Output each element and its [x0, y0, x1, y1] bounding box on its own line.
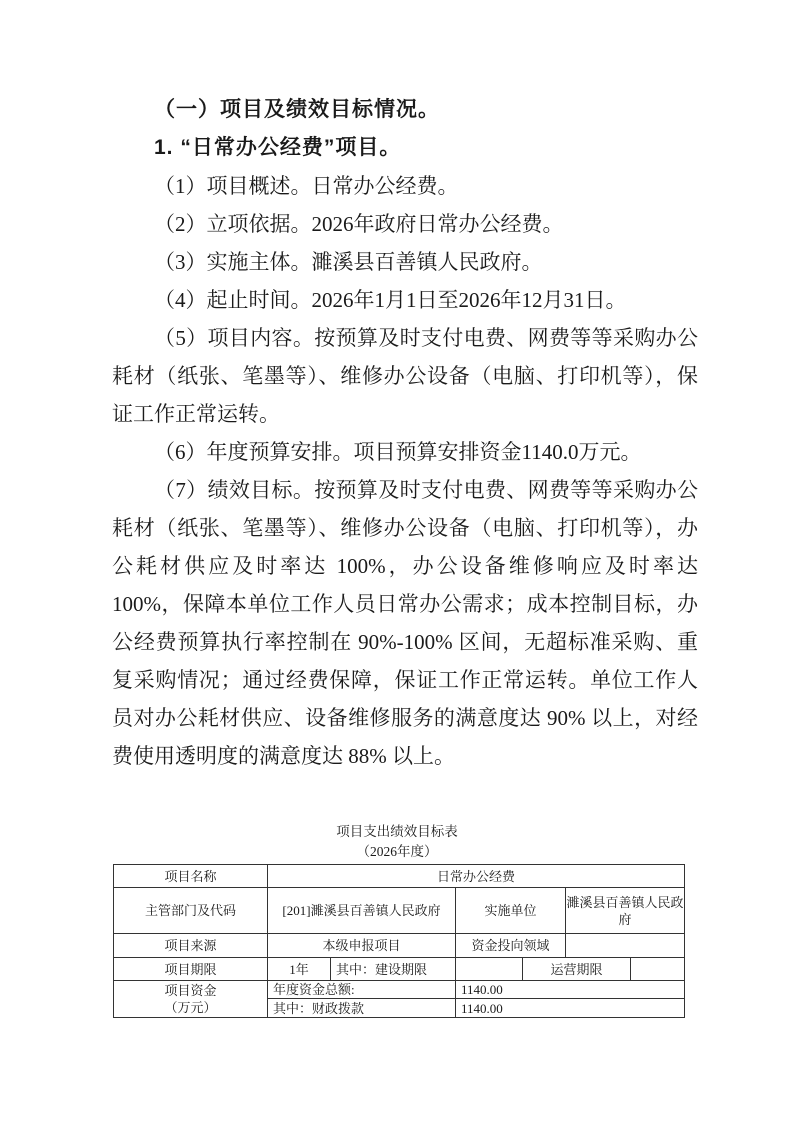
document-body: （一）项目及绩效目标情况。 1. “日常办公经费”项目。 （1）项目概述。日常办…	[112, 91, 698, 775]
funds-label-line2: （万元）	[114, 999, 267, 1016]
table-row: 项目期限 1年 其中：建设期限 运营期限	[114, 958, 685, 981]
performance-table-block: 项目支出绩效目标表 （2026年度） 项目名称 日常办公经费 主管部门及代码	[0, 822, 794, 1018]
paragraph-performance-targets: （7）绩效目标。按预算及时支付电费、网费等等采购办公耗材（纸张、笔墨等）、维修办…	[112, 471, 698, 775]
cell-operate-period-label: 运营期限	[523, 958, 631, 981]
table-row: 主管部门及代码 [201]濉溪县百善镇人民政府 实施单位 濉溪县百善镇人民政府	[114, 888, 685, 934]
cell-project-name-label: 项目名称	[114, 865, 268, 888]
performance-target-table: 项目名称 日常办公经费 主管部门及代码 [201]濉溪县百善镇人民政府 实施单位…	[113, 864, 685, 1018]
funds-label-line1: 项目资金	[114, 982, 267, 999]
cell-fiscal-allocation-label: 其中：财政拨款	[268, 999, 456, 1018]
cell-annual-total-value: 1140.00	[456, 981, 685, 999]
paragraph-project-basis: （2）立项依据。2026年政府日常办公经费。	[112, 205, 698, 243]
paragraph-project-overview: （1）项目概述。日常办公经费。	[112, 167, 698, 205]
paragraph-annual-budget: （6）年度预算安排。项目预算安排资金1140.0万元。	[112, 433, 698, 471]
table-subtitle: （2026年度）	[0, 842, 794, 862]
cell-invest-field-label: 资金投向领域	[456, 934, 566, 958]
cell-annual-total-label: 年度资金总额:	[268, 981, 456, 999]
paragraph-start-end-time: （4）起止时间。2026年1月1日至2026年12月31日。	[112, 281, 698, 319]
paragraph-project-content: （5）项目内容。按预算及时支付电费、网费等等采购办公耗材（纸张、笔墨等）、维修办…	[112, 319, 698, 433]
cell-duration-value: 1年	[268, 958, 331, 981]
paragraph-implementing-body: （3）实施主体。濉溪县百善镇人民政府。	[112, 243, 698, 281]
cell-build-period-label: 其中：建设期限	[331, 958, 456, 981]
cell-department-value: [201]濉溪县百善镇人民政府	[268, 888, 456, 934]
cell-department-label: 主管部门及代码	[114, 888, 268, 934]
document-page: （一）项目及绩效目标情况。 1. “日常办公经费”项目。 （1）项目概述。日常办…	[0, 0, 794, 1122]
table-row: 项目资金 （万元） 年度资金总额: 1140.00	[114, 981, 685, 999]
section-heading: （一）项目及绩效目标情况。	[112, 91, 698, 129]
table-row: 项目名称 日常办公经费	[114, 865, 685, 888]
table-title: 项目支出绩效目标表	[0, 822, 794, 842]
cell-invest-field-value	[566, 934, 685, 958]
cell-impl-unit-label: 实施单位	[456, 888, 566, 934]
cell-project-name-value: 日常办公经费	[268, 865, 685, 888]
cell-build-period-value	[456, 958, 523, 981]
cell-project-source-value: 本级申报项目	[268, 934, 456, 958]
cell-fiscal-allocation-value: 1140.00	[456, 999, 685, 1018]
table-row: 项目来源 本级申报项目 资金投向领域	[114, 934, 685, 958]
cell-operate-period-value	[631, 958, 685, 981]
project-heading: 1. “日常办公经费”项目。	[112, 129, 698, 167]
cell-project-funds-label: 项目资金 （万元）	[114, 981, 268, 1018]
cell-duration-label: 项目期限	[114, 958, 268, 981]
cell-project-source-label: 项目来源	[114, 934, 268, 958]
cell-impl-unit-value: 濉溪县百善镇人民政府	[566, 888, 685, 934]
